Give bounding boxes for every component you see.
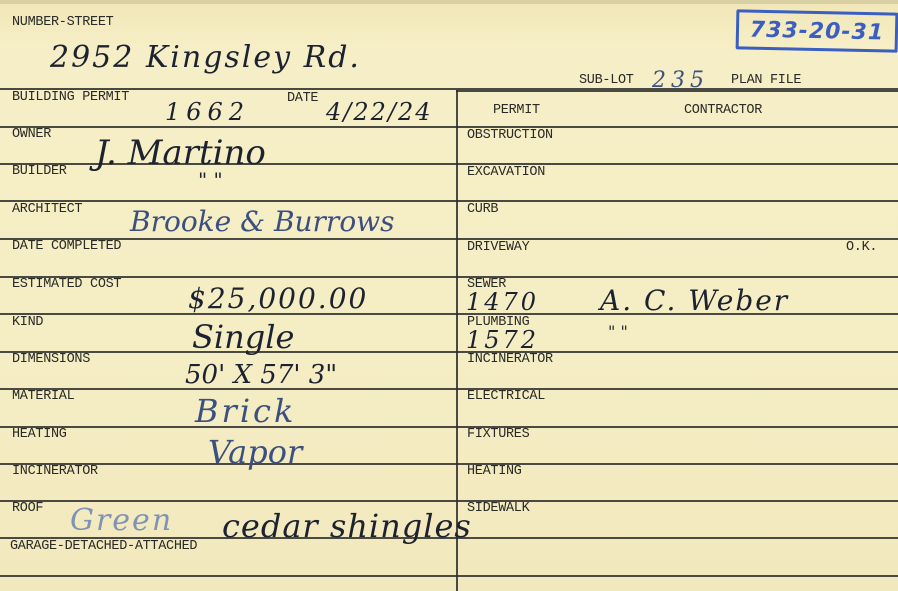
incinerator-label: INCINERATOR [12,464,98,480]
contractor-column-header: CONTRACTOR [684,103,762,119]
kind-value: Single [192,318,294,356]
date-value: 4/22/24 [326,98,433,126]
sidewalk-label: SIDEWALK [467,501,529,517]
driveway-note: O.K. [846,240,877,256]
roof-color-value: Green [70,503,173,538]
owner-value: J. Martino [95,133,266,173]
estimated-cost-value: $25,000.00 [188,282,368,315]
plumbing-contractor: " " [608,322,628,341]
file-number-stamp: 733-20-31 [736,9,898,52]
obstruction-label: OBSTRUCTION [467,128,553,144]
dimensions-value: 50' X 57' 3" [185,360,337,390]
kind-label: KIND [12,315,43,331]
card-top-edge [0,0,898,4]
date-completed-label: DATE COMPLETED [12,239,121,255]
dimensions-label: DIMENSIONS [12,352,90,368]
sewer-contractor: A. C. Weber [600,284,789,317]
permit-card: 733-20-31 NUMBER-STREET 2952 Kingsley Rd… [0,0,898,591]
curb-label: CURB [467,202,498,218]
number-street-label: NUMBER-STREET [12,15,113,31]
building-permit-value: 1662 [165,98,250,126]
builder-value: " " [198,168,223,192]
architect-value: Brooke & Burrows [130,205,395,238]
material-value: Brick [195,392,296,430]
builder-label: BUILDER [12,164,67,180]
plumbing-permit-number: 1572 [466,326,539,354]
heating-value: Vapor [208,433,302,471]
electrical-label: ELECTRICAL [467,389,545,405]
heating-permit-label: HEATING [467,464,522,480]
sewer-permit-number: 1470 [466,288,539,316]
number-street-value: 2952 Kingsley Rd. [50,40,361,75]
owner-label: OWNER [12,127,51,143]
date-label: DATE [287,91,318,107]
driveway-label: DRIVEWAY [467,240,529,256]
permit-column-header: PERMIT [493,103,540,119]
fixtures-label: FIXTURES [467,427,529,443]
architect-label: ARCHITECT [12,202,82,218]
roof-label: ROOF [12,501,43,517]
material-label: MATERIAL [12,389,74,405]
sub-lot-label: SUB-LOT [579,73,634,89]
plan-file-label: PLAN FILE [731,73,801,89]
excavation-label: EXCAVATION [467,165,545,181]
estimated-cost-label: ESTIMATED COST [12,277,121,293]
building-permit-label: BUILDING PERMIT [12,90,129,106]
heating-label: HEATING [12,427,67,443]
roof-value: cedar shingles [222,507,472,545]
garage-label: GARAGE-DETACHED-ATTACHED [10,539,197,555]
